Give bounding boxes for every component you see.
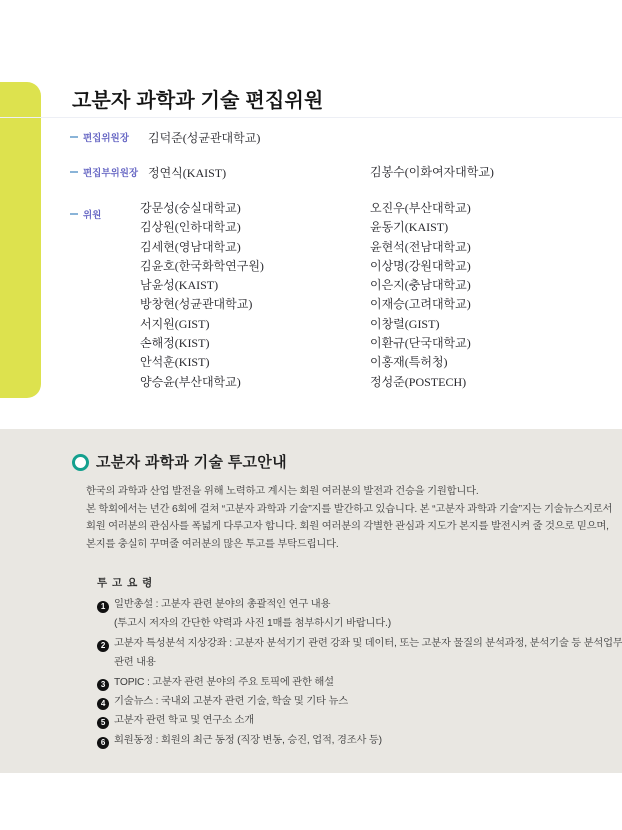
- numbered-circle-icon: 6: [97, 737, 109, 749]
- intro-line: 회원 여러분의 관심사를 폭넓게 다루고자 합니다. 회원 여러분의 각별한 관…: [86, 518, 612, 536]
- numbered-circle-icon: 5: [97, 717, 109, 729]
- rule-text: 일반총설 : 고분자 관련 분야의 총괄적인 연구 내용: [114, 599, 330, 610]
- submission-guide-panel: 고분자 과학과 기술 투고안내 한국의 과학과 산업 발전을 위해 노력하고 계…: [0, 429, 622, 773]
- rule-text: 고분자 관련 학교 및 연구소 소개: [114, 715, 254, 726]
- member-row: 손해정(KIST) 이환규(단국대학교): [140, 334, 471, 353]
- intro-line: 본지를 충실히 꾸며줄 여러분의 많은 투고를 부탁드립니다.: [86, 536, 612, 554]
- member-name: 이재승(고려대학교): [370, 295, 471, 314]
- member-name: 이상명(강원대학교): [370, 257, 471, 276]
- member-name: 방창현(성균관대학교): [140, 295, 370, 314]
- member-name: 김상원(인하대학교): [140, 218, 370, 237]
- rule-text: TOPIC : 고분자 관련 분야의 주요 토픽에 관한 해설: [114, 677, 334, 688]
- member-name: 김윤호(한국화학연구원): [140, 257, 370, 276]
- member-row: 김윤호(한국화학연구원) 이상명(강원대학교): [140, 257, 471, 276]
- numbered-circle-icon: 2: [97, 640, 109, 652]
- rules-list: 1일반총설 : 고분자 관련 분야의 총괄적인 연구 내용 (투고시 저자의 간…: [97, 595, 622, 750]
- editor-chief-row: 편집위원장 김덕준(성균관대학교): [70, 129, 260, 145]
- member-row: 강문성(숭실대학교) 오진우(부산대학교): [140, 199, 471, 218]
- rule-item: 4기술뉴스 : 국내외 고분자 관련 기술, 학술 및 기타 뉴스: [97, 692, 622, 711]
- intro-line: 한국의 과학과 산업 발전을 위해 노력하고 계시는 회원 여러분의 발전과 건…: [86, 483, 612, 501]
- dash-marker-icon: [70, 136, 78, 138]
- members-role-label: 위원: [83, 207, 140, 221]
- member-name: 이홍재(특허청): [370, 353, 448, 372]
- member-name: 윤현석(전남대학교): [370, 238, 471, 257]
- numbered-circle-icon: 4: [97, 698, 109, 710]
- member-row: 안석훈(KIST) 이홍재(특허청): [140, 353, 471, 372]
- rule-item: 5고분자 관련 학교 및 연구소 소개: [97, 711, 622, 730]
- member-name: 강문성(숭실대학교): [140, 199, 370, 218]
- members-role-row: 위원: [70, 207, 140, 221]
- rule-item: 6회원동정 : 회원의 최근 동정 (직장 변동, 승진, 업적, 경조사 등): [97, 731, 622, 750]
- member-name: 정성준(POSTECH): [370, 373, 466, 392]
- member-row: 김상원(인하대학교) 윤동기(KAIST): [140, 218, 471, 237]
- journal-masthead-page: 고분자 과학과 기술 편집위원 편집위원장 김덕준(성균관대학교) 편집부위원장…: [0, 0, 622, 830]
- members-list: 강문성(숭실대학교) 오진우(부산대학교) 김상원(인하대학교) 윤동기(KAI…: [140, 199, 471, 392]
- member-row: 남윤성(KAIST) 이은지(충남대학교): [140, 276, 471, 295]
- rule-item-sub: (투고시 저자의 간단한 약력과 사진 1매를 첨부하시기 바랍니다.): [97, 614, 622, 633]
- rule-text: 기술뉴스 : 국내외 고분자 관련 기술, 학술 및 기타 뉴스: [114, 696, 348, 707]
- member-name: 김세현(영남대학교): [140, 238, 370, 257]
- member-name: 이창렬(GIST): [370, 315, 439, 334]
- title-divider: [0, 117, 622, 118]
- member-row: 양승윤(부산대학교) 정성준(POSTECH): [140, 373, 471, 392]
- member-name: 손해정(KIST): [140, 334, 370, 353]
- member-name: 이환규(단국대학교): [370, 334, 471, 353]
- guide-heading: 고분자 과학과 기술 투고안내: [96, 451, 287, 472]
- page-title: 고분자 과학과 기술 편집위원: [72, 84, 324, 113]
- member-name: 오진우(부산대학교): [370, 199, 471, 218]
- member-name: 남윤성(KAIST): [140, 276, 370, 295]
- rule-text: 고분자 특성분석 지상강좌 : 고분자 분석기기 관련 강좌 및 데이터, 또는…: [114, 638, 622, 649]
- member-row: 방창현(성균관대학교) 이재승(고려대학교): [140, 295, 471, 314]
- vice-role-label: 편집부위원장: [83, 165, 140, 179]
- vice-chief-row: 편집부위원장 정연식(KAIST): [70, 164, 226, 180]
- member-name: 서지원(GIST): [140, 315, 370, 334]
- member-row: 김세현(영남대학교) 윤현석(전남대학교): [140, 238, 471, 257]
- intro-line: 본 학회에서는 년간 6회에 걸쳐 “고분자 과학과 기술”지를 발간하고 있습…: [86, 501, 612, 519]
- member-name: 양승윤(부산대학교): [140, 373, 370, 392]
- member-name: 윤동기(KAIST): [370, 218, 448, 237]
- member-name: 안석훈(KIST): [140, 353, 370, 372]
- rule-item: 3TOPIC : 고분자 관련 분야의 주요 토픽에 관한 해설: [97, 673, 622, 692]
- guide-intro: 한국의 과학과 산업 발전을 위해 노력하고 계시는 회원 여러분의 발전과 건…: [86, 483, 612, 553]
- member-row: 서지원(GIST) 이창렬(GIST): [140, 315, 471, 334]
- rule-item: 2고분자 특성분석 지상강좌 : 고분자 분석기기 관련 강좌 및 데이터, 또…: [97, 634, 622, 653]
- rule-text: 회원동정 : 회원의 최근 동정 (직장 변동, 승진, 업적, 경조사 등): [114, 735, 382, 746]
- chief-role-label: 편집위원장: [83, 130, 140, 144]
- chief-name: 김덕준(성균관대학교): [148, 129, 260, 146]
- ring-bullet-icon: [72, 454, 89, 471]
- rule-item: 1일반총설 : 고분자 관련 분야의 총괄적인 연구 내용: [97, 595, 622, 614]
- vice-name-2: 김봉수(이화여자대학교): [370, 164, 494, 180]
- numbered-circle-icon: 3: [97, 679, 109, 691]
- member-name: 이은지(충남대학교): [370, 276, 471, 295]
- dash-marker-icon: [70, 171, 78, 173]
- rules-title: 투 고 요 령: [97, 575, 153, 590]
- rule-item-sub: 관련 내용: [97, 653, 622, 672]
- numbered-circle-icon: 1: [97, 601, 109, 613]
- page-edge-tab: [0, 82, 41, 398]
- dash-marker-icon: [70, 213, 78, 215]
- vice-name: 정연식(KAIST): [148, 164, 226, 181]
